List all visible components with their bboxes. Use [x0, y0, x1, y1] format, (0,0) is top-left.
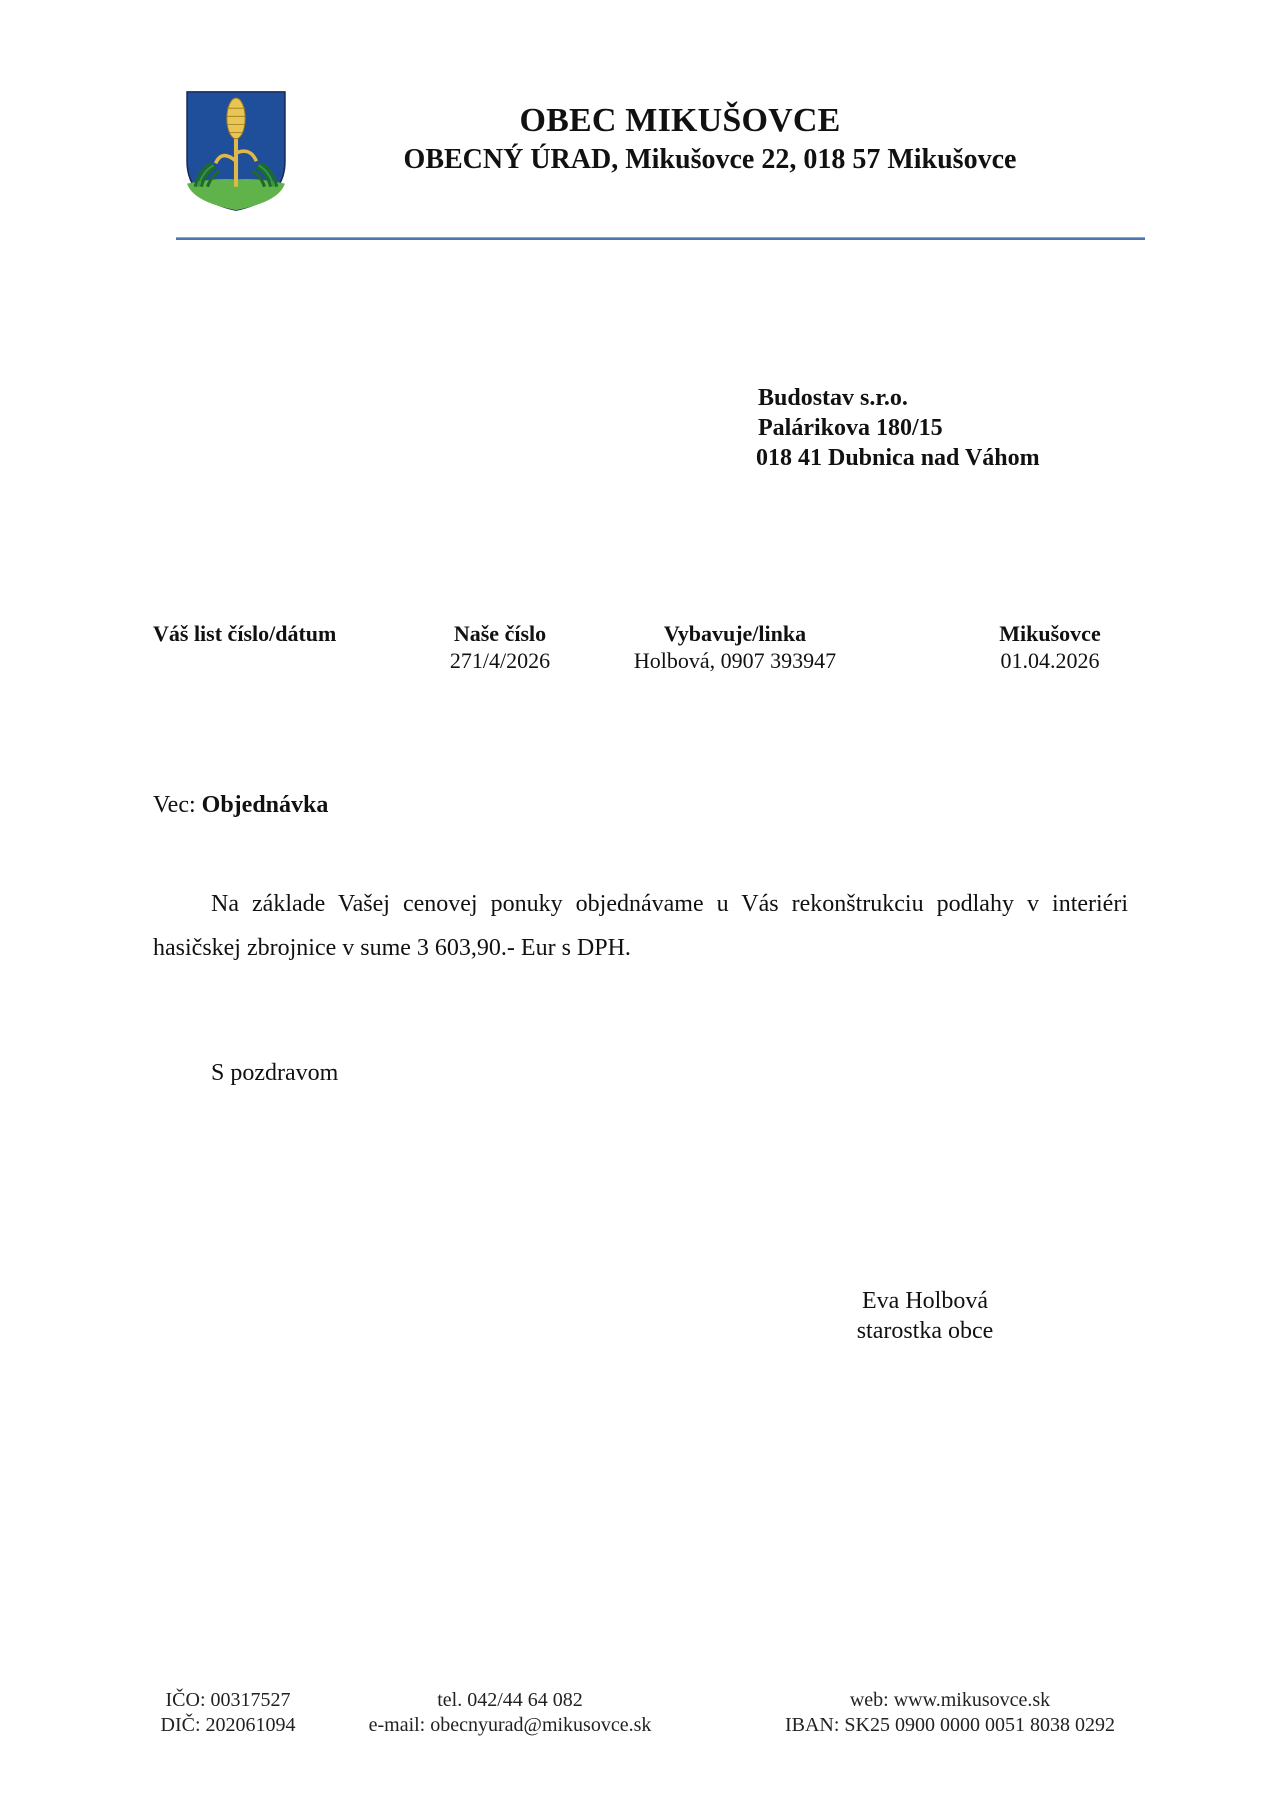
reference-place-date: Mikušovce 01.04.2026 [980, 620, 1120, 674]
header-divider [176, 237, 1145, 240]
signatory-name: Eva Holbová [830, 1286, 1020, 1316]
reference-value: Holbová, 0907 393947 [610, 647, 860, 674]
subject-line: Vec: Objednávka [153, 792, 328, 819]
reference-value: 01.04.2026 [980, 647, 1120, 674]
reference-label: Vybavuje/linka [610, 620, 860, 647]
letter-body: Na základe Vašej cenovej ponuky objednáv… [153, 882, 1128, 970]
closing-greeting: S pozdravom [211, 1060, 338, 1087]
reference-handled-by: Vybavuje/linka Holbová, 0907 393947 [610, 620, 860, 674]
footer-contact: tel. 042/44 64 082 e-mail: obecnyurad@mi… [350, 1688, 670, 1738]
footer-tel: tel. 042/44 64 082 [350, 1688, 670, 1713]
footer-ids: IČO: 00317527 DIČ: 202061094 [148, 1688, 308, 1738]
subject-title: Objednávka [202, 792, 329, 818]
subject-prefix: Vec: [153, 792, 196, 818]
office-address: OBECNÝ ÚRAD, Mikušovce 22, 018 57 Mikušo… [0, 144, 1280, 176]
footer-ico: IČO: 00317527 [148, 1688, 308, 1713]
recipient-street: Palárikova 180/15 [758, 413, 1040, 443]
recipient-city: 018 41 Dubnica nad Váhom [756, 443, 1040, 473]
recipient-address: Budostav s.r.o. Palárikova 180/15 018 41… [758, 383, 1040, 473]
reference-label: Naše číslo [440, 620, 560, 647]
municipality-title: OBEC MIKUŠOVCE [0, 102, 1280, 140]
footer-iban: IBAN: SK25 0900 0000 0051 8038 0292 [760, 1713, 1140, 1738]
reference-label: Mikušovce [980, 620, 1120, 647]
footer-web: web: www.mikusovce.sk [760, 1688, 1140, 1713]
reference-our-number: Naše číslo 271/4/2026 [440, 620, 560, 674]
footer-dic: DIČ: 202061094 [148, 1713, 308, 1738]
reference-value: 271/4/2026 [440, 647, 560, 674]
recipient-company: Budostav s.r.o. [758, 383, 1040, 413]
reference-your-letter: Váš list číslo/dátum [153, 620, 336, 647]
signatory-role: starostka obce [830, 1316, 1020, 1346]
reference-label: Váš list číslo/dátum [153, 620, 336, 647]
footer-email: e-mail: obecnyurad@mikusovce.sk [350, 1713, 670, 1738]
signature-block: Eva Holbová starostka obce [830, 1286, 1020, 1346]
footer-web-bank: web: www.mikusovce.sk IBAN: SK25 0900 00… [760, 1688, 1140, 1738]
